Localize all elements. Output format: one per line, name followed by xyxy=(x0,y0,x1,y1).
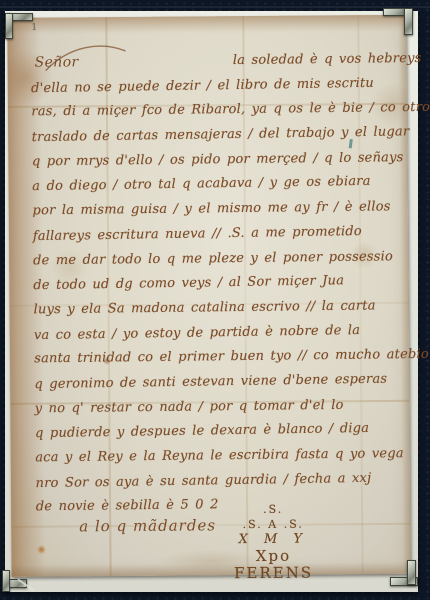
closing-line: a lo q mãdardes xyxy=(79,516,216,535)
manuscript-line: d'ella no se puede dezir / el libro de m… xyxy=(31,71,399,101)
columbus-signature-block: .S. .S. A .S. X M Y Xpo FERENS xyxy=(217,501,330,582)
signature-line: X M Y xyxy=(217,531,329,547)
signature-line: .S. xyxy=(217,501,329,517)
letter-page: 1 Señor la soledad è q vos hebreysd'ella… xyxy=(7,15,410,577)
mount-board: 1 Señor la soledad è q vos hebreysd'ella… xyxy=(0,0,430,600)
page-number: 1 xyxy=(31,23,37,33)
letter-body: la soledad è q vos hebreysd'ella no se p… xyxy=(31,47,404,520)
top-edge-stain xyxy=(7,15,406,34)
manuscript-line: va co esta / yo estoy de partida è nobre… xyxy=(34,318,402,348)
signature-line: .S. A .S. xyxy=(217,516,329,532)
signature-line: Xpo FERENS xyxy=(217,547,329,582)
